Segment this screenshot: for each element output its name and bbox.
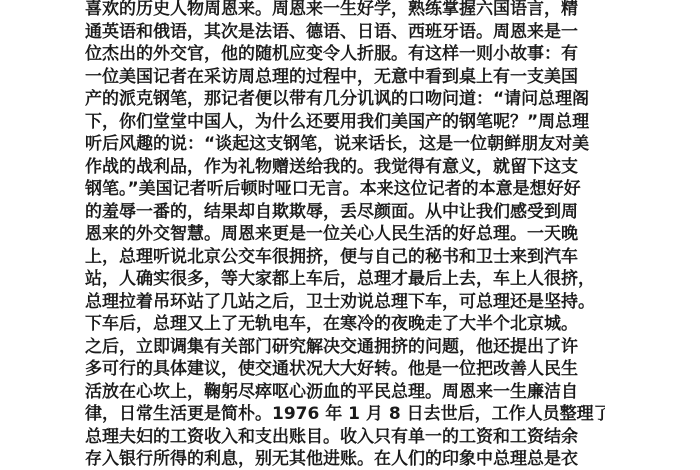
text-line: 总理夫妇的工资收入和支出账目。收入只有单一的工资和工资结余 — [85, 426, 605, 449]
text-line: 下车后，总理又上了无轨电车，在寒冷的夜晚走了大半个北京城。 — [85, 313, 605, 336]
text-line: 的羞辱一番的，结果却自欺欺辱，丢尽颜面。从中让我们感受到周 — [85, 201, 605, 224]
text-line: 下，你们堂堂中国人，为什么还要用我们美国产的钢笔呢？”周总理 — [85, 111, 605, 134]
document-page: 喜欢的历史人物周恩来。周恩来一生好学，熟练掌握六国语言，精 通英语和俄语，其次是… — [0, 0, 700, 470]
text-line: 通英语和俄语，其次是法语、德语、日语、西班牙语。周恩来是一 — [85, 21, 605, 44]
article-text: 喜欢的历史人物周恩来。周恩来一生好学，熟练掌握六国语言，精 通英语和俄语，其次是… — [85, 0, 605, 470]
text-line: 作战的战利品，作为礼物赠送给我的。我觉得有意义，就留下这支 — [85, 156, 605, 179]
text-line: 一位美国记者在采访周总理的过程中，无意中看到桌上有一支美国 — [85, 66, 605, 89]
text-line: 喜欢的历史人物周恩来。周恩来一生好学，熟练掌握六国语言，精 — [85, 0, 605, 21]
text-line: 存入银行所得的利息，别无其他进账。在人们的印象中总理总是衣 — [85, 448, 605, 470]
text-line: 听后风趣的说：“谈起这支钢笔，说来话长，这是一位朝鲜朋友对美 — [85, 133, 605, 156]
text-line: 恩来的外交智慧。周恩来更是一位关心人民生活的好总理。一天晚 — [85, 223, 605, 246]
text-line: 总理拉着吊环站了几站之后，卫士劝说总理下车，可总理还是坚持。 — [85, 291, 605, 314]
text-line: 位杰出的外交官，他的随机应变令人折服。有这样一则小故事：有 — [85, 43, 605, 66]
text-line: 之后，立即调集有关部门研究解决交通拥挤的问题，他还提出了许 — [85, 336, 605, 359]
text-line: 上，总理听说北京公交车很拥挤，便与自己的秘书和卫士来到汽车 — [85, 246, 605, 269]
text-line: 站，人确实很多，等大家都上车后，总理才最后上去，车上人很挤， — [85, 268, 605, 291]
text-line: 产的派克钢笔，那记者便以带有几分讥讽的口吻问道：“请问总理阁 — [85, 88, 605, 111]
text-line: 钢笔。”美国记者听后顿时哑口无言。本来这位记者的本意是想好好 — [85, 178, 605, 201]
text-line: 活放在心坎上，鞠躬尽瘁呕心沥血的平民总理。周恩来一生廉洁自 — [85, 381, 605, 404]
text-line: 律，日常生活更是简朴。1976 年 1 月 8 日去世后，工作人员整理了 — [85, 403, 605, 426]
text-line: 多可行的具体建议，使交通状况大大好转。他是一位把改善人民生 — [85, 358, 605, 381]
